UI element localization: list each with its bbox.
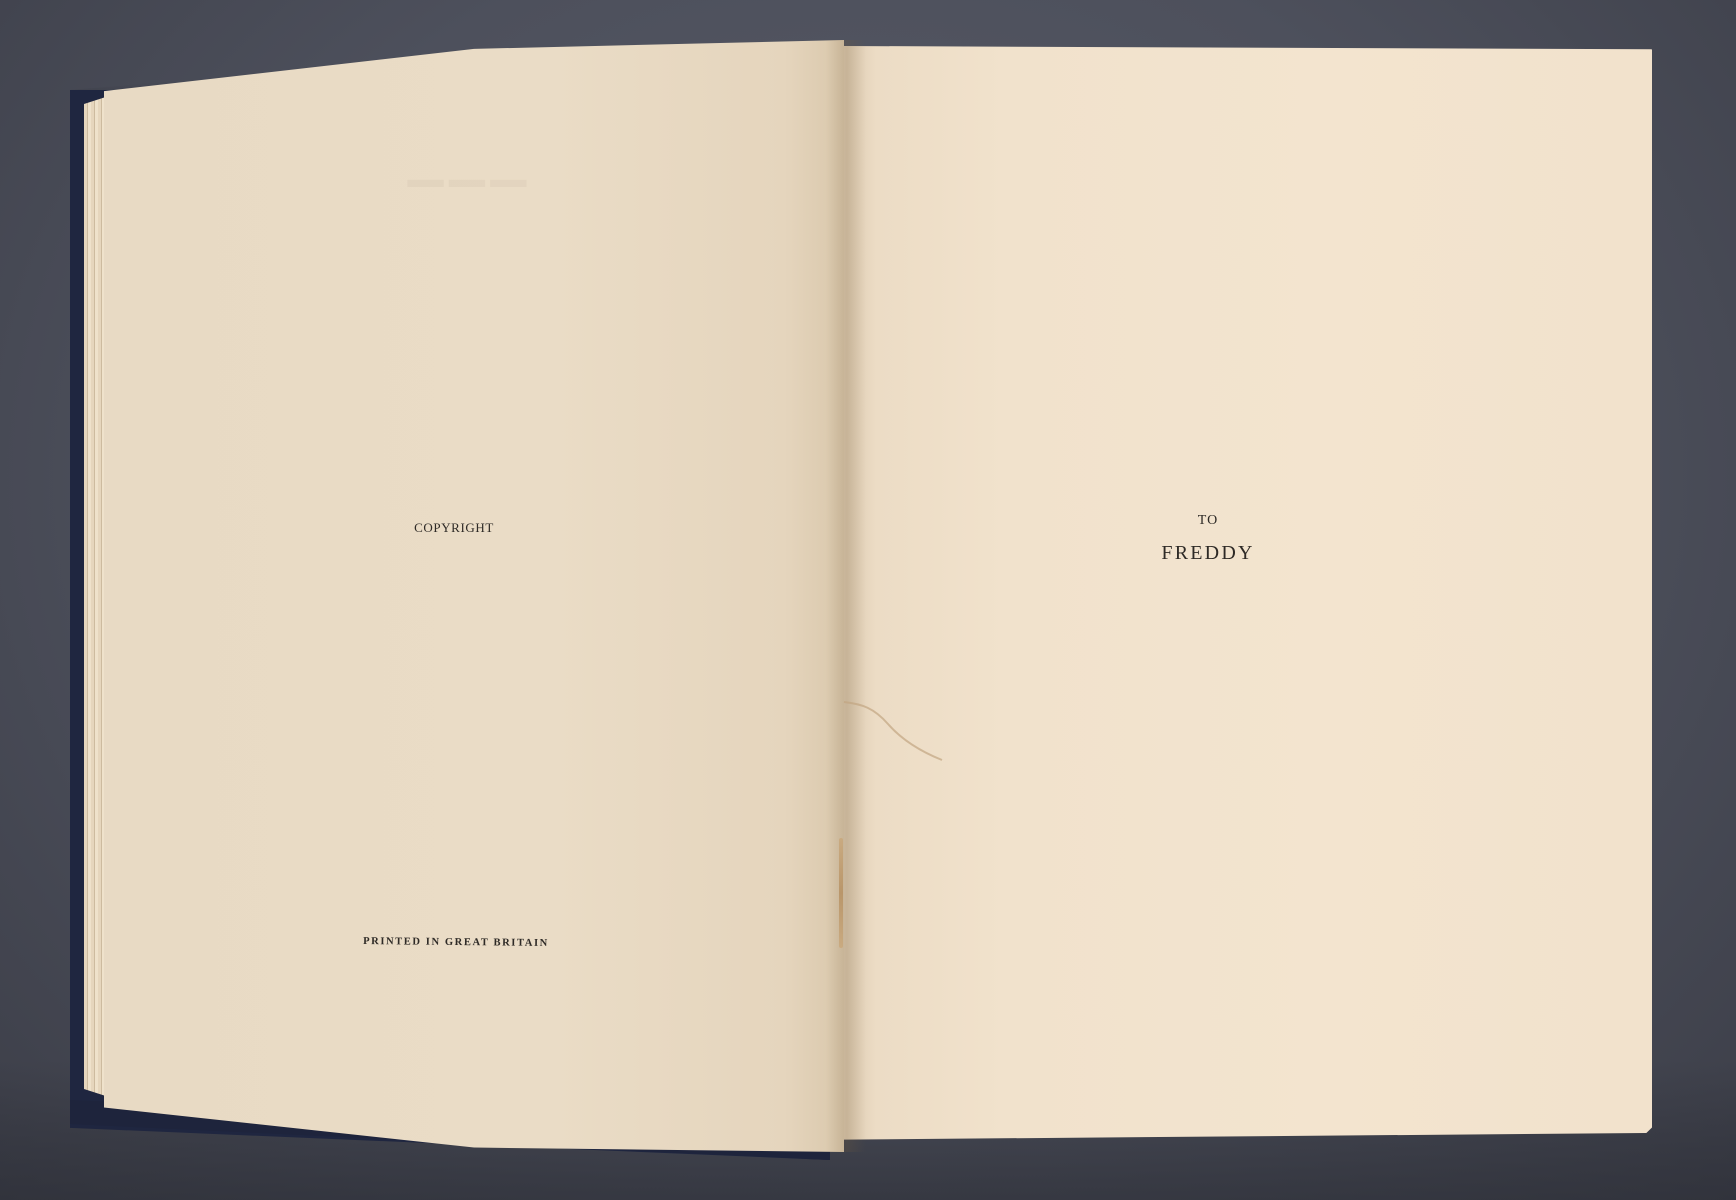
dedication-to: TO [1198, 513, 1218, 529]
gutter-tear-mark [839, 838, 843, 948]
right-page-recto [844, 46, 1652, 1144]
dedication-name: FREDDY [1161, 542, 1254, 565]
paper-crease-mark [842, 694, 946, 764]
faint-bleedthrough-title: ▔▔▔ [408, 180, 532, 234]
copyright-label: COPYRIGHT [414, 520, 494, 536]
printed-in-label: PRINTED IN GREAT BRITAIN [363, 936, 549, 949]
book-gutter-spine-shadow [826, 40, 866, 1152]
book-photo-scene: ▔▔▔ COPYRIGHT PRINTED IN GREAT BRITAIN T… [0, 0, 1736, 1200]
